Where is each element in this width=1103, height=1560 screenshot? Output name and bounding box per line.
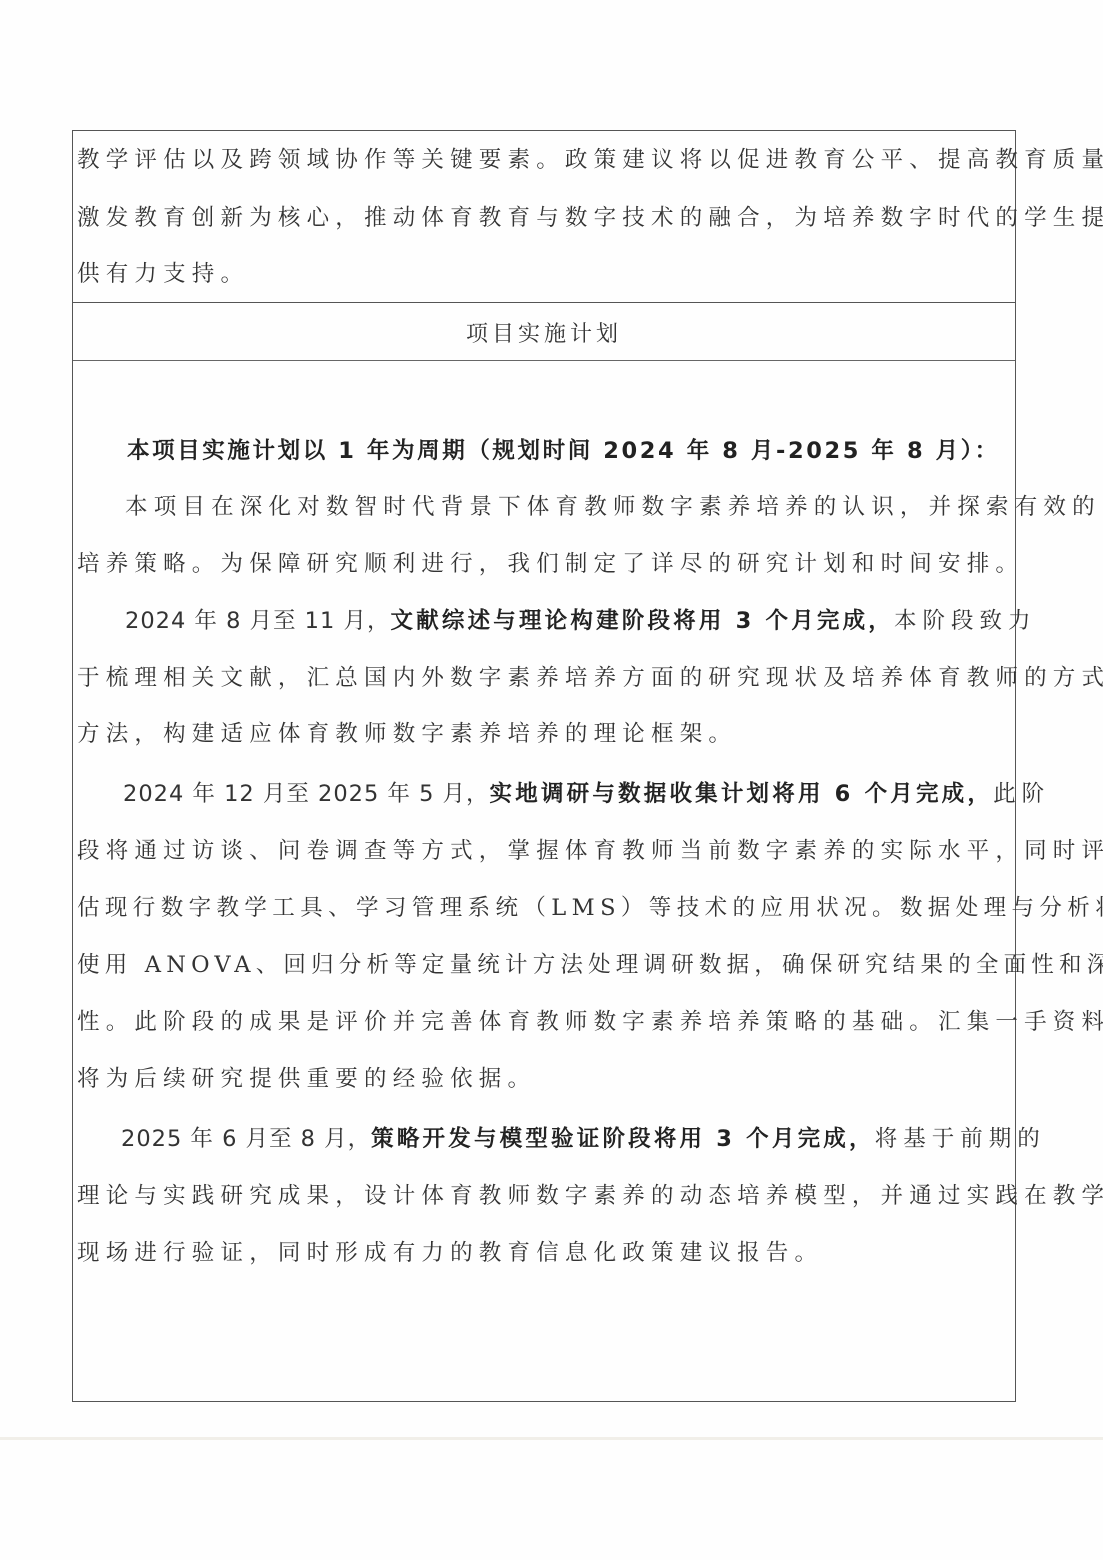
- text-line: 方法，构建适应体育教师数字素养培养的理论框架。: [77, 719, 1015, 749]
- section-title: 项目实施计划: [73, 317, 1015, 348]
- plan-intro-heading: 本项目实施计划以 1 年为周期（规划时间 2024 年 8 月-2025 年 8…: [127, 436, 1015, 466]
- text-line: 性。此阶段的成果是评价并完善体育教师数字素养培养策略的基础。汇集一手资料: [77, 1007, 1015, 1037]
- text-line: 理论与实践研究成果，设计体育教师数字素养的动态培养模型，并通过实践在教学: [77, 1181, 1015, 1211]
- text-line: 现场进行验证，同时形成有力的教育信息化政策建议报告。: [77, 1238, 1015, 1268]
- continuation-cell: 教学评估以及跨领域协作等关键要素。政策建议将以促进教育公平、提高教育质量、 激发…: [73, 131, 1015, 303]
- phase2-tail: 此阶: [993, 781, 1050, 807]
- text-line: 估现行数字教学工具、学习管理系统（LMS）等技术的应用状况。数据处理与分析将: [77, 893, 1015, 923]
- text-line: 供有力支持。: [77, 259, 1015, 289]
- phase1-date: 2024 年 8 月至 11 月，: [125, 608, 390, 634]
- phase3-summary: 策略开发与模型验证阶段将用 3 个月完成，: [371, 1126, 875, 1152]
- text-line: 激发教育创新为核心，推动体育教育与数字技术的融合，为培养数字时代的学生提: [77, 203, 1015, 233]
- phase3-tail: 将基于前期的: [875, 1126, 1046, 1152]
- document-table: 教学评估以及跨领域协作等关键要素。政策建议将以促进教育公平、提高教育质量、 激发…: [72, 130, 1016, 1402]
- text-line: 使用 ANOVA、回归分析等定量统计方法处理调研数据，确保研究结果的全面性和深刻: [77, 950, 1015, 980]
- phase2-summary: 实地调研与数据收集计划将用 6 个月完成，: [490, 781, 994, 807]
- text-line: 本项目在深化对数智时代背景下体育教师数字素养培养的认识，并探索有效的: [125, 492, 1015, 522]
- phase1-summary: 文献综述与理论构建阶段将用 3 个月完成，: [390, 608, 894, 634]
- phase2-first-line: 2024 年 12 月至 2025 年 5 月，实地调研与数据收集计划将用 6 …: [123, 779, 1015, 809]
- text-line: 于梳理相关文献，汇总国内外数字素养培养方面的研究现状及培养体育教师的方式: [77, 663, 1015, 693]
- phase1-tail: 本阶段致力: [894, 608, 1037, 634]
- text-line: 将为后续研究提供重要的经验依据。: [77, 1064, 1015, 1094]
- phase2-date: 2024 年 12 月至 2025 年 5 月，: [123, 781, 490, 807]
- section-header-cell: 项目实施计划: [73, 303, 1015, 361]
- text-line: 教学评估以及跨领域协作等关键要素。政策建议将以促进教育公平、提高教育质量、: [77, 145, 1015, 175]
- text-line: 段将通过访谈、问卷调查等方式，掌握体育教师当前数字素养的实际水平，同时评: [77, 836, 1015, 866]
- text-line: 培养策略。为保障研究顺利进行，我们制定了详尽的研究计划和时间安排。: [77, 549, 1015, 579]
- phase1-first-line: 2024 年 8 月至 11 月，文献综述与理论构建阶段将用 3 个月完成，本阶…: [125, 606, 1015, 636]
- scan-artifact-line: [0, 1437, 1103, 1440]
- phase3-first-line: 2025 年 6 月至 8 月，策略开发与模型验证阶段将用 3 个月完成，将基于…: [121, 1124, 1015, 1154]
- plan-content-cell: 本项目实施计划以 1 年为周期（规划时间 2024 年 8 月-2025 年 8…: [73, 361, 1015, 1401]
- phase3-date: 2025 年 6 月至 8 月，: [121, 1126, 371, 1152]
